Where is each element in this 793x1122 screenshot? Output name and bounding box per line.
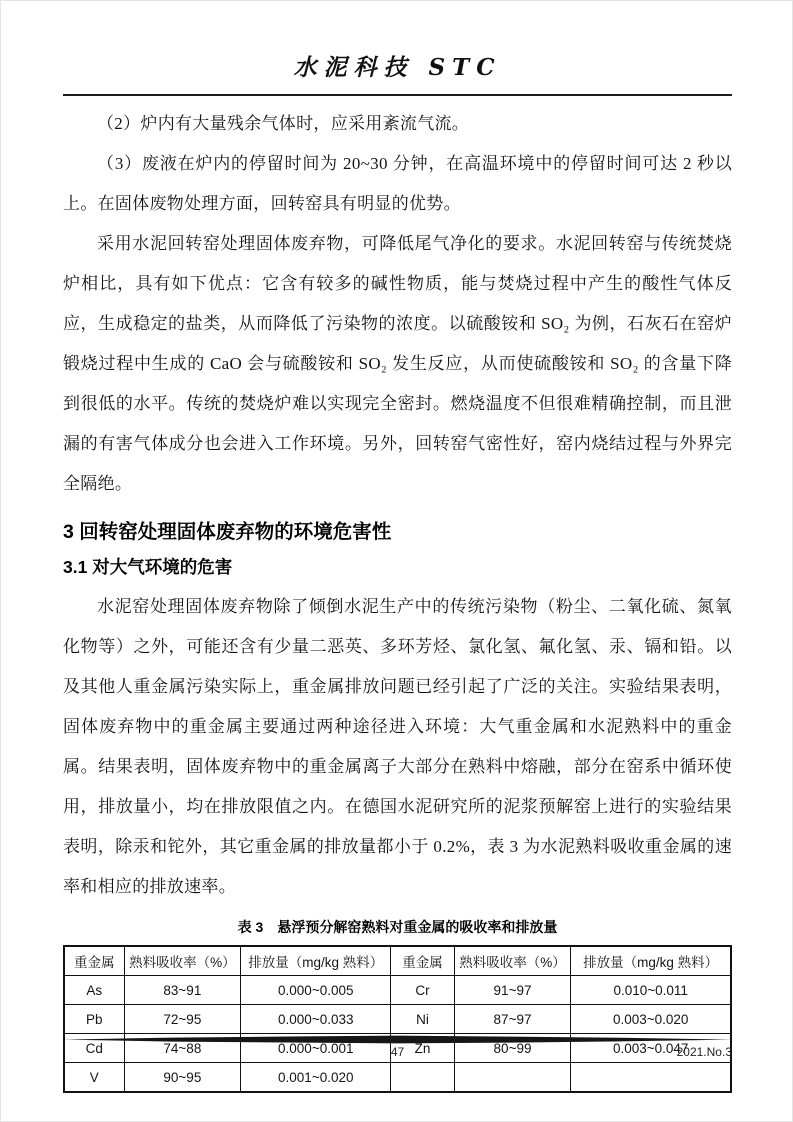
footer-row: 47 2021.No.3 [63, 1045, 732, 1063]
paragraph-item-2: （2）炉内有大量残余气体时，应采用紊流气流。 [63, 104, 732, 144]
body-text: （2）炉内有大量残余气体时，应采用紊流气流。 （3）废液在炉内的停留时间为 20… [63, 104, 732, 907]
column-header: 排放量（mg/kg 熟料） [241, 946, 391, 976]
paragraph-atmosphere: 水泥窑处理固体废弃物除了倾倒水泥生产中的传统污染物（粉尘、二氧化硫、氮氧化物等）… [63, 587, 732, 907]
table-header-row: 重金属 熟料吸收率（%） 排放量（mg/kg 熟料） 重金属 熟料吸收率（%） … [64, 946, 731, 976]
document-page: 水泥科技 STC （2）炉内有大量残余气体时，应采用紊流气流。 （3）废液在炉内… [0, 0, 793, 1122]
section-heading-3: 3 回转窑处理固体废弃物的环境危害性 [63, 517, 732, 547]
page-footer: 47 2021.No.3 [63, 1035, 732, 1063]
table-cell: 0.010~0.011 [571, 976, 731, 1005]
column-header: 排放量（mg/kg 熟料） [571, 946, 731, 976]
table-row: Pb 72~95 0.000~0.033 Ni 87~97 0.003~0.02… [64, 1005, 731, 1034]
footer-divider [63, 1035, 732, 1044]
heavy-metals-table: 重金属 熟料吸收率（%） 排放量（mg/kg 熟料） 重金属 熟料吸收率（%） … [63, 945, 732, 1093]
table-cell: 83~91 [124, 976, 241, 1005]
table-cell [454, 1063, 571, 1093]
table-cell [571, 1063, 731, 1093]
table-cell: 87~97 [454, 1005, 571, 1034]
table-cell: 72~95 [124, 1005, 241, 1034]
column-header: 重金属 [391, 946, 454, 976]
paragraph-advantages: 采用水泥回转窑处理固体废弃物，可降低尾气净化的要求。水泥回转窑与传统焚烧炉相比，… [63, 224, 732, 504]
table-cell: Ni [391, 1005, 454, 1034]
column-header: 重金属 [64, 946, 124, 976]
table-cell: Pb [64, 1005, 124, 1034]
table-cell: As [64, 976, 124, 1005]
page-number: 47 [63, 1045, 732, 1059]
table-cell: Cr [391, 976, 454, 1005]
journal-title: 水泥科技 STC [63, 49, 732, 82]
paragraph-item-3: （3）废液在炉内的停留时间为 20~30 分钟，在高温环境中的停留时间可达 2 … [63, 144, 732, 224]
table-cell: V [64, 1063, 124, 1093]
table-cell: 91~97 [454, 976, 571, 1005]
table-cell: 0.001~0.020 [241, 1063, 391, 1093]
column-header: 熟料吸收率（%） [124, 946, 241, 976]
table-row: As 83~91 0.000~0.005 Cr 91~97 0.010~0.01… [64, 976, 731, 1005]
table-cell: 90~95 [124, 1063, 241, 1093]
table-caption: 表 3 悬浮预分解窑熟料对重金属的吸收率和排放量 [63, 917, 732, 937]
column-header: 熟料吸收率（%） [454, 946, 571, 976]
table-row: V 90~95 0.001~0.020 [64, 1063, 731, 1093]
page-content: 水泥科技 STC （2）炉内有大量残余气体时，应采用紊流气流。 （3）废液在炉内… [63, 49, 732, 1093]
header-rule [63, 94, 732, 96]
table-cell: 0.000~0.005 [241, 976, 391, 1005]
table-cell: 0.000~0.033 [241, 1005, 391, 1034]
subsection-heading-3-1: 3.1 对大气环境的危害 [63, 553, 732, 581]
issue-number: 2021.No.3 [677, 1045, 732, 1059]
table-cell: 0.003~0.020 [571, 1005, 731, 1034]
table-cell [391, 1063, 454, 1093]
